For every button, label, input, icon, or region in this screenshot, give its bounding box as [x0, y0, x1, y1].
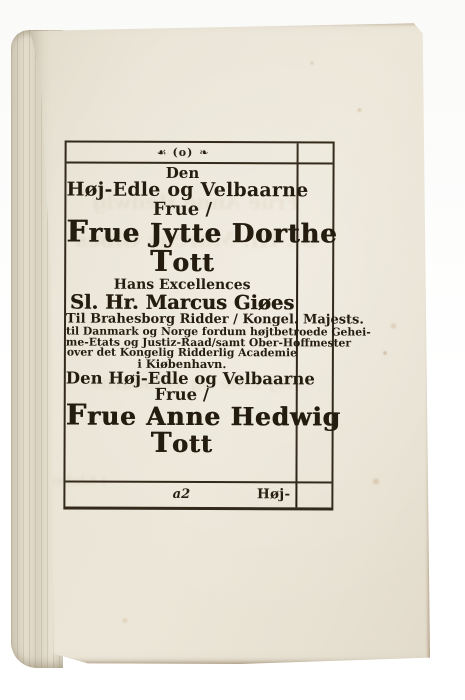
foxing-spot: [121, 617, 129, 624]
honorific-name: Sl. Hr. Marcus Giøes: [66, 292, 298, 314]
dedication-text-block: Den Høj-Edle og Velbaarne Frue / Frue Jy…: [65, 162, 298, 484]
printed-rule-border: ☙ (o) ❧ Den Høj-Edle og Velbaarne Frue /…: [63, 141, 334, 511]
dedication1-line-title: Høj-Edle og Velbaarne: [66, 181, 298, 201]
dedication2-line-frue: Frue /: [66, 387, 298, 403]
foxing-spot: [356, 107, 363, 113]
dedication2-name: Frue Anne Hedwig: [66, 402, 298, 431]
dedication2-surname: Tott: [66, 430, 298, 457]
dedication1-line-frue: Frue /: [66, 200, 298, 220]
foxing-spot: [309, 60, 315, 66]
foxing-spot: [371, 477, 381, 486]
catchword: Høj-: [257, 486, 291, 502]
foxing-spot: [382, 350, 388, 356]
fleuron-right-icon: ❧: [199, 147, 208, 158]
header-ornament-mark: (o): [173, 146, 194, 159]
book-page: Frue Anne Hedwig Sl. Hr. Marcus Giøes Hø…: [26, 22, 430, 664]
dedication1-surname: Tott: [66, 248, 298, 277]
dedication1-name: Frue Jytte Dorthe: [66, 219, 298, 249]
frame-footer-band: a2 Høj-: [65, 481, 331, 508]
photo-background: Frue Anne Hedwig Sl. Hr. Marcus Giøes Hø…: [0, 0, 465, 700]
foxing-spot: [389, 322, 398, 330]
fleuron-left-icon: ☙: [157, 147, 167, 158]
